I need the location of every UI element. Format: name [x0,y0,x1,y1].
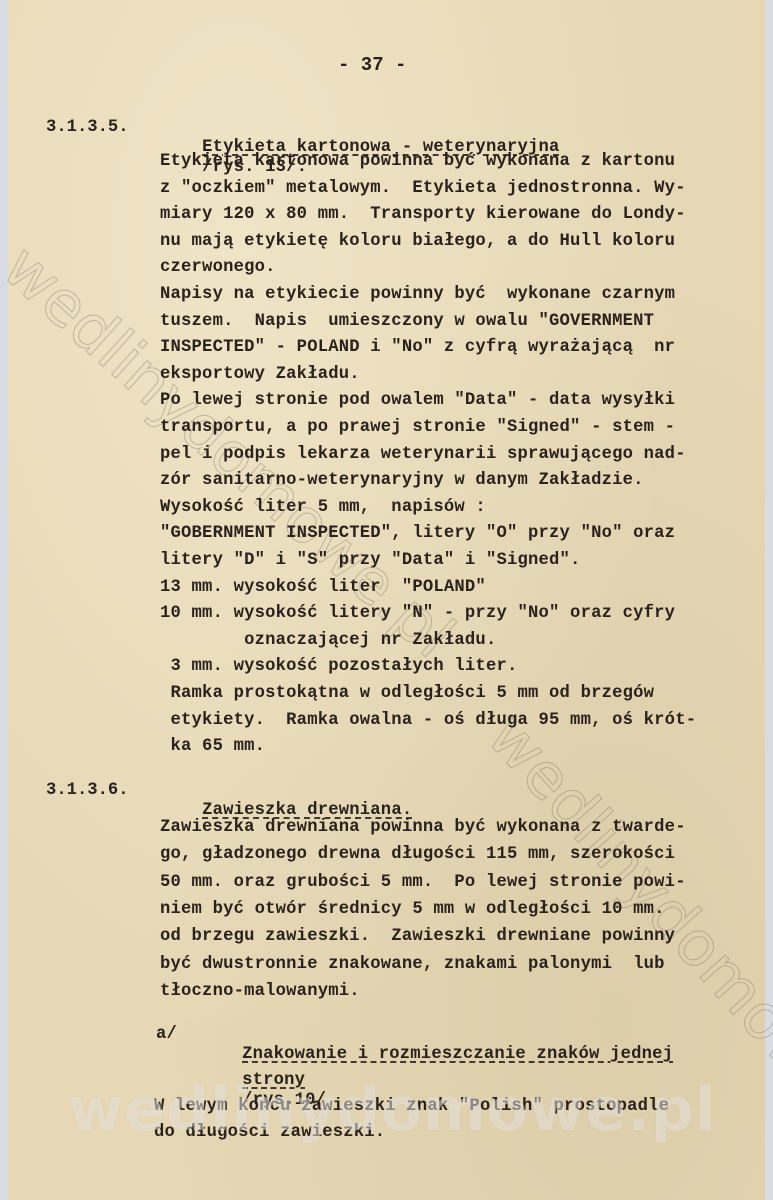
body-text-line: 3 mm. wysokość pozostałych liter. [160,657,517,677]
body-text-line: Napisy na etykiecie powinny być wykonane… [160,285,675,305]
body-text-line: Wysokość liter 5 mm, napisów : [160,498,486,518]
body-text-line: eksportowy Zakładu. [160,365,360,385]
body-text-line: go, gładzonego drewna długości 115 mm, s… [160,845,675,865]
body-text-line: tuszem. Napis umieszczony w owalu "GOVER… [160,312,654,332]
section-number-3135: 3.1.3.5. [46,118,129,137]
body-text-line: nu mają etykietę koloru białego, a do Hu… [160,232,675,252]
body-text-line: transportu, a po prawej stronie "Signed"… [160,418,675,438]
body-text-line: z "oczkiem" metalowym. Etykieta jednostr… [160,179,686,199]
section-number-3136: 3.1.3.6. [46,781,129,800]
page-number: - 37 - [338,54,406,76]
body-text-line: Zawieszka drewniana powinna być wykonana… [160,818,686,838]
body-text-line: ka 65 mm. [160,737,265,757]
body-text-line: niem być otwór średnicy 5 mm w odległośc… [160,900,665,920]
body-text-line: Ramka prostokątna w odległości 5 mm od b… [160,684,654,704]
body-text-line: etykiety. Ramka owalna - oś długa 95 mm,… [160,711,696,731]
subsection-title-text: strony [242,1071,305,1090]
body-text-line: Po lewej stronie pod owalem "Data" - dat… [160,391,675,411]
body-text-line: litery "D" i "S" przy "Data" i "Signed". [160,551,581,571]
body-text-line: od brzegu zawieszki. Zawieszki drewniane… [160,927,675,947]
body-text-line: "GOBERNMENT INSPECTED", litery "O" przy … [160,524,675,544]
body-text-line: zór sanitarno-weterynaryjny w danym Zakł… [160,471,644,491]
body-text-line: miary 120 x 80 mm. Transporty kierowane … [160,205,686,225]
subsection-title-line-2: strony /rys.10/ [200,1051,326,1131]
body-text-line: tłoczno-malowanymi. [160,982,360,1002]
body-text-line: Etykieta kartonowa powinna być wykonana … [160,152,675,172]
body-text-line: do długości zawieszki. [154,1123,385,1143]
body-text-line: 10 mm. wysokość litery "N" - przy "No" o… [160,604,675,624]
body-text-line: W lewym końcu zawieszki znak "Polish" pr… [154,1097,669,1117]
body-text-line: pel i podpis lekarza weterynarii sprawuj… [160,445,686,465]
body-text-line: 13 mm. wysokość liter "POLAND" [160,578,486,598]
body-text-line: oznaczającej nr Zakładu. [160,631,496,651]
body-text-line: czerwonego. [160,258,276,278]
body-text-line: 50 mm. oraz grubości 5 mm. Po lewej stro… [160,873,686,893]
subsection-label: a/ [156,1025,177,1045]
body-text-line: INSPECTED" - POLAND i "No" z cyfrą wyraż… [160,338,675,358]
document-page: wedlinydomowe.pl wedlinydomowe.pl - 37 -… [8,0,765,1200]
body-text-line: być dwustronnie znakowane, znakami palon… [160,955,665,975]
